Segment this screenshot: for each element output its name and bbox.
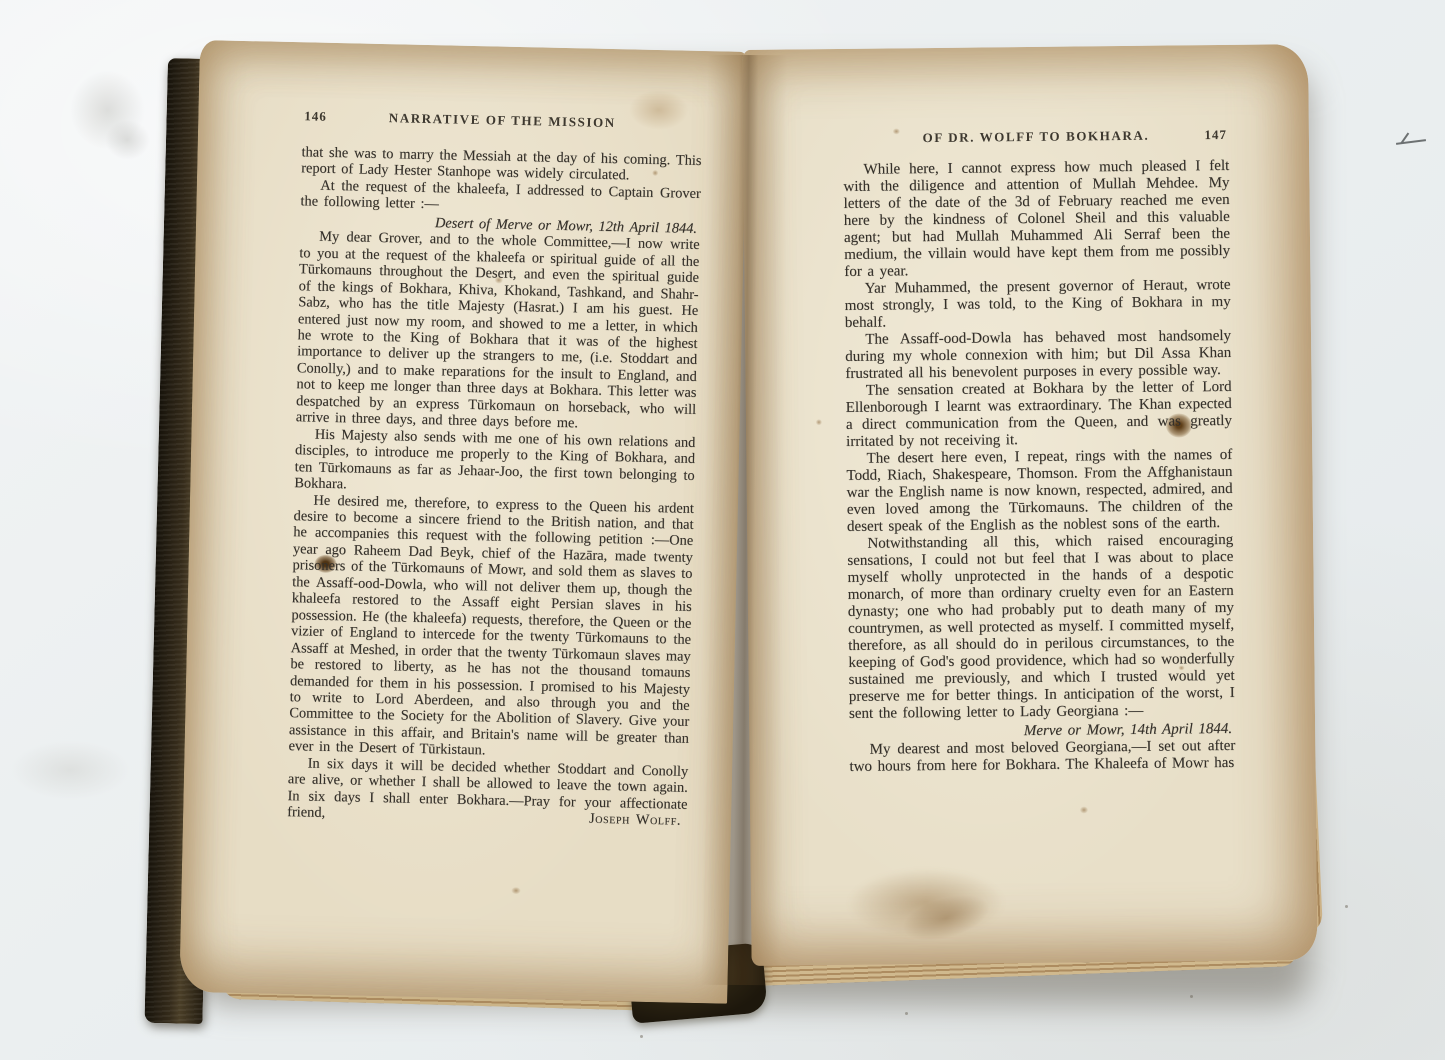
running-title: OF DR. WOLFF TO BOKHARA. <box>843 127 1229 147</box>
paragraph: While here, I cannot express how much pl… <box>843 158 1230 281</box>
stain <box>897 887 994 950</box>
foxing-spot <box>511 887 520 894</box>
page-body-text: that she was to marry the Messiah at the… <box>287 144 702 829</box>
page-header: OF DR. WOLFF TO BOKHARA. 147 <box>843 127 1229 148</box>
left-page-content: 146 NARRATIVE OF THE MISSION that she wa… <box>287 108 702 829</box>
foxing-spot <box>1080 806 1088 813</box>
stain <box>846 867 1007 939</box>
paragraph: The sensation created at Bokhara by the … <box>845 379 1232 451</box>
book: 146 NARRATIVE OF THE MISSION that she wa… <box>0 0 1445 1060</box>
running-title: NARRATIVE OF THE MISSION <box>302 108 702 133</box>
paragraph: My dear Grover, and to the whole Committ… <box>296 228 700 434</box>
page-header: 146 NARRATIVE OF THE MISSION <box>302 108 702 134</box>
page-number: 147 <box>1204 127 1227 143</box>
paragraph: The Assaff-ood-Dowla has behaved most ha… <box>845 328 1232 383</box>
paragraph: My dearest and most beloved Georgiana,—I… <box>849 738 1235 776</box>
paragraph: He desired me, therefore, to express to … <box>288 492 694 764</box>
paragraph: The desert here even, I repeat, rings wi… <box>846 447 1233 536</box>
photo-background: 146 NARRATIVE OF THE MISSION that she wa… <box>0 0 1445 1060</box>
right-page-content: OF DR. WOLFF TO BOKHARA. 147 While here,… <box>843 127 1236 776</box>
paragraph: Notwithstanding all this, which raised e… <box>847 532 1235 723</box>
foxing-spot <box>816 419 822 425</box>
paragraph: Yar Muhammed, the present governor of He… <box>844 277 1231 332</box>
page-number: 146 <box>304 108 327 124</box>
page-body-text: While here, I cannot express how much pl… <box>843 158 1235 776</box>
left-page: 146 NARRATIVE OF THE MISSION that she wa… <box>179 40 748 1004</box>
paragraph: His Majesty also sends with me one of hi… <box>294 426 695 501</box>
right-page: OF DR. WOLFF TO BOKHARA. 147 While here,… <box>742 44 1318 966</box>
